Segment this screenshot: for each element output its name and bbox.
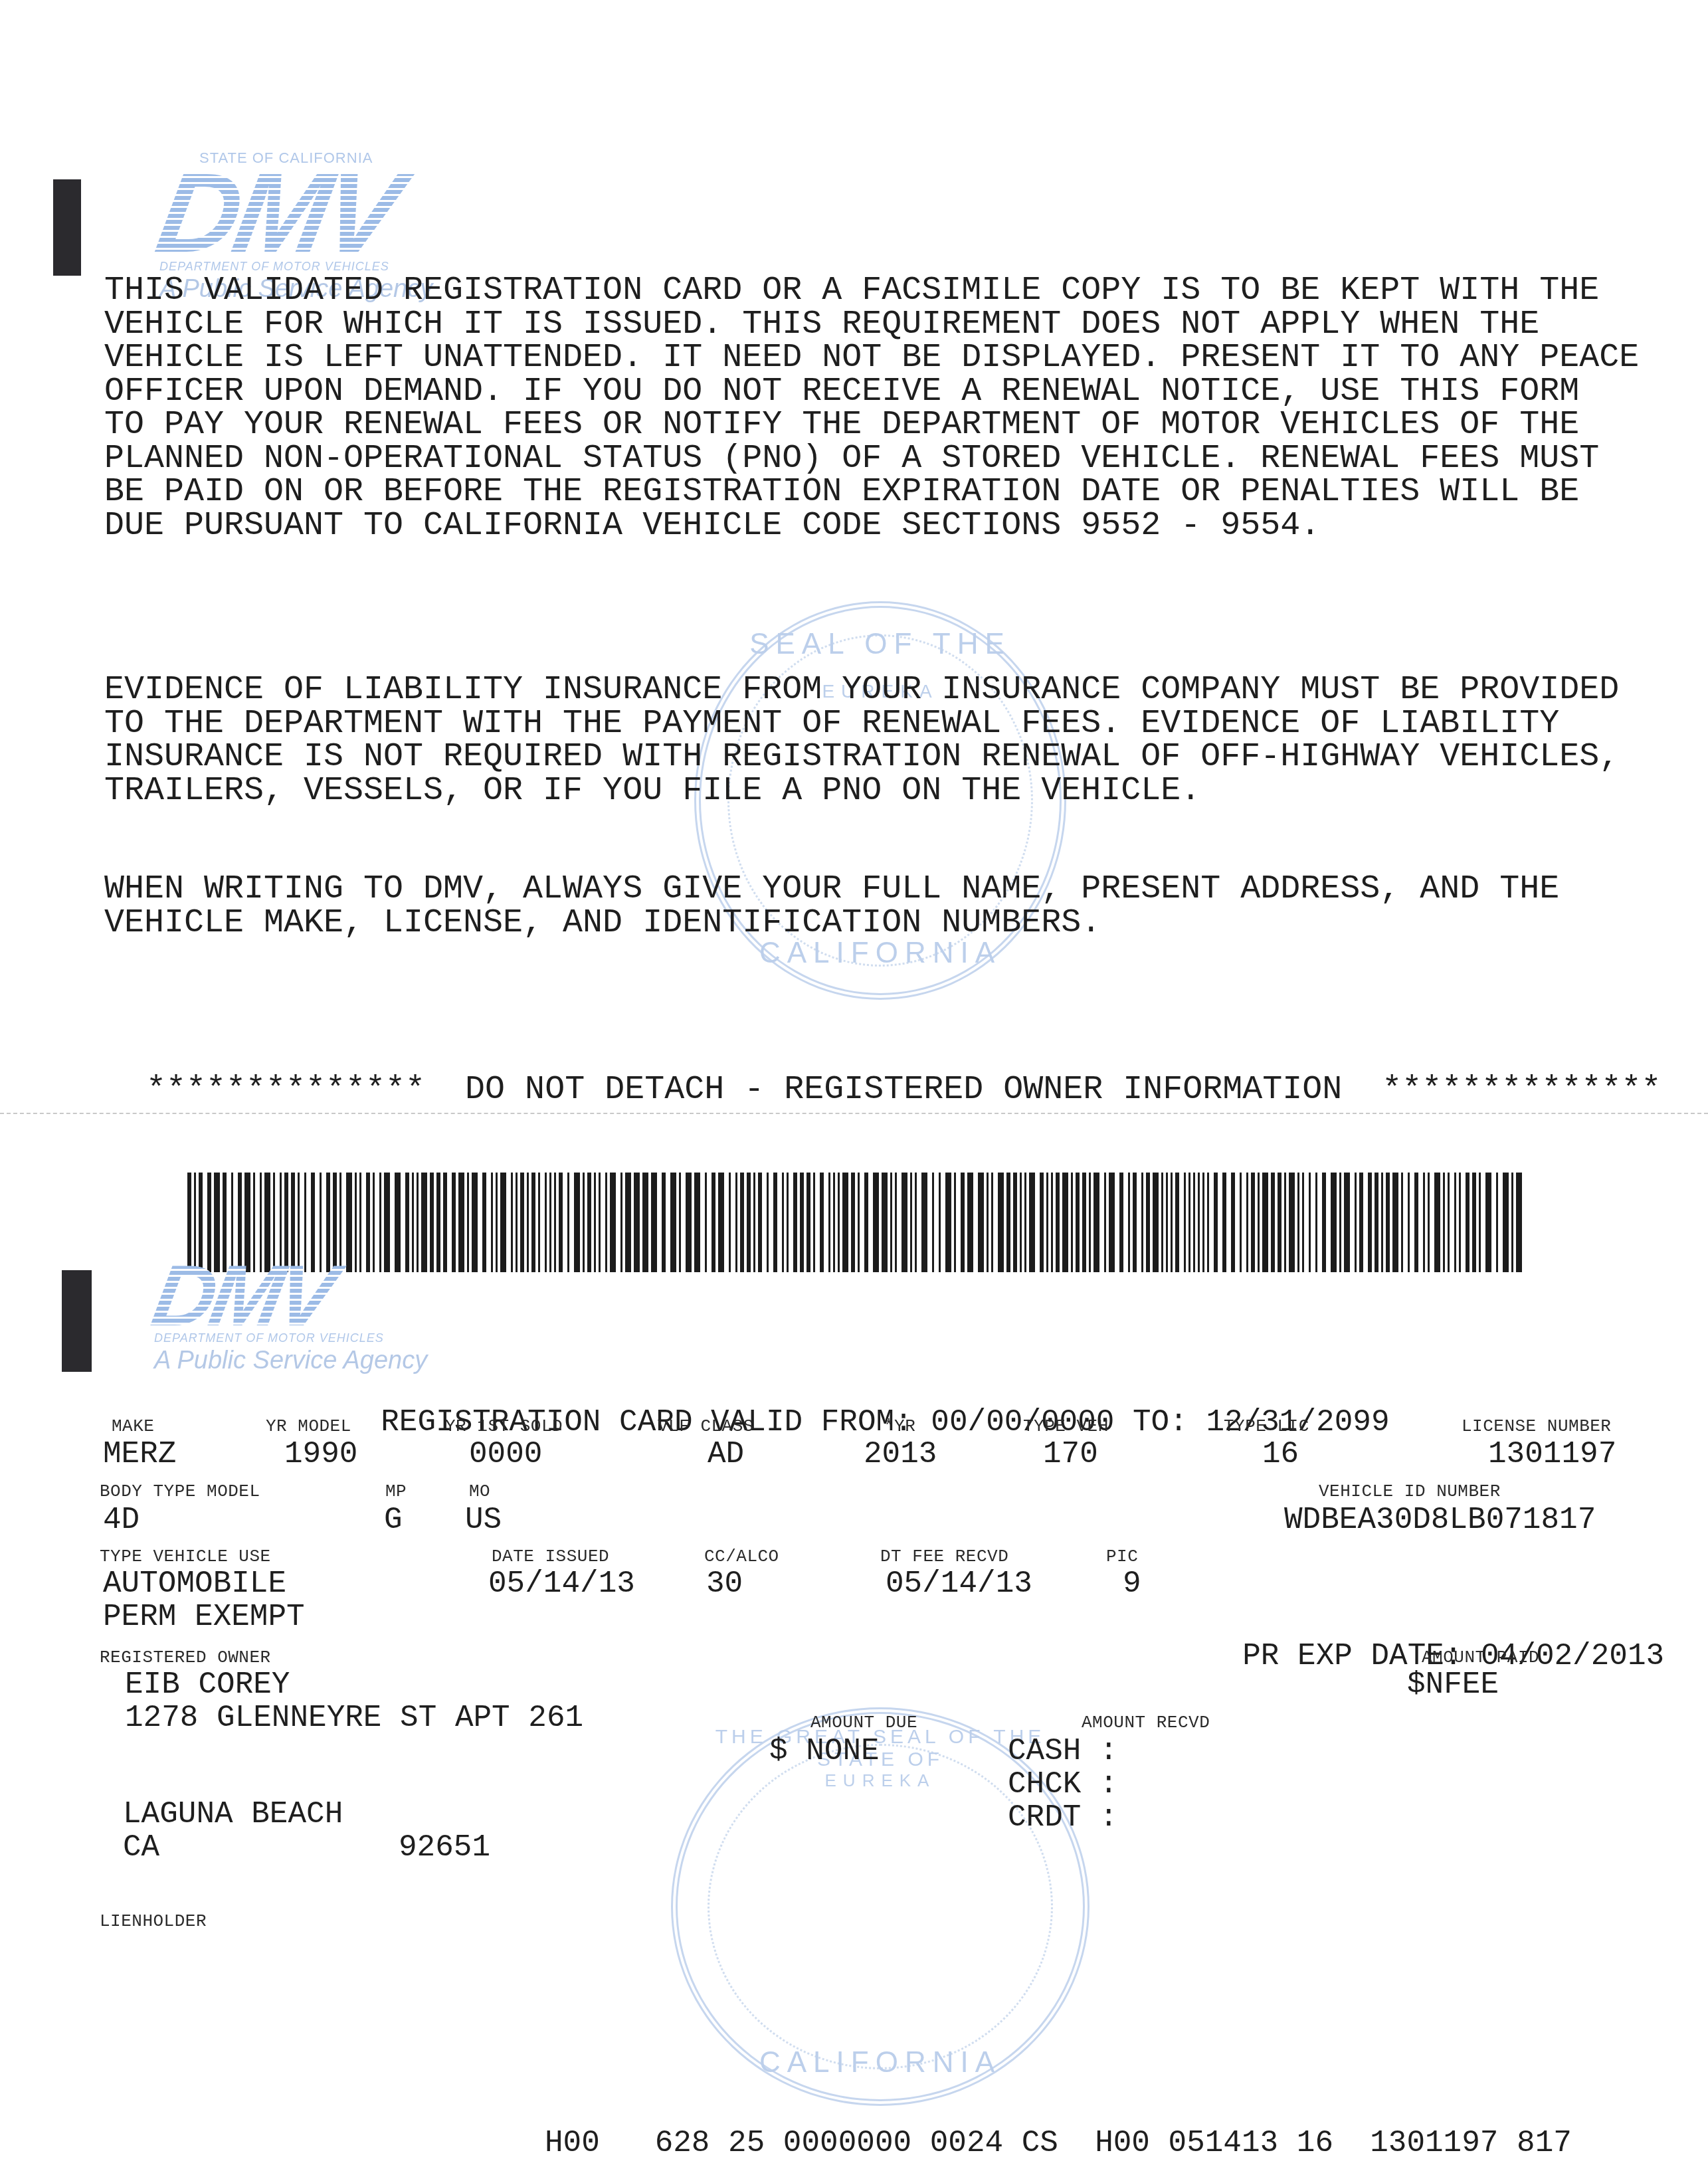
- detach-notice-text: DO NOT DETACH - REGISTERED OWNER INFORMA…: [465, 1071, 1342, 1109]
- dmv-letters-logo-card: DMV: [148, 1262, 452, 1329]
- cc-alco-value: 30: [706, 1566, 743, 1601]
- yr-1st-sold-value: 0000: [469, 1437, 542, 1471]
- notice-paragraph-keep-card: THIS VALIDATED REGISTRATION CARD OR A FA…: [104, 274, 1639, 543]
- credit-sep: :: [1099, 1800, 1118, 1835]
- detach-stars-right: **************: [1382, 1071, 1661, 1109]
- yr-model-value: 1990: [284, 1437, 357, 1471]
- owner-city: LAGUNA BEACH: [123, 1797, 343, 1832]
- license-number-label: LICENSE NUMBER: [1462, 1416, 1611, 1436]
- credit-label: CRDT: [1008, 1800, 1081, 1835]
- seal-top-text: SEAL OF THE: [701, 628, 1060, 661]
- make-value: MERZ: [103, 1437, 176, 1471]
- mo-value: US: [465, 1503, 502, 1537]
- notice-paragraph-writing-dmv: WHEN WRITING TO DMV, ALWAYS GIVE YOUR FU…: [104, 873, 1559, 940]
- type-veh-value: 170: [1043, 1437, 1098, 1471]
- owner-zip: 92651: [399, 1830, 490, 1865]
- make-label: MAKE: [112, 1416, 154, 1436]
- type-lic-value: 16: [1262, 1437, 1299, 1471]
- yr-label: *YR: [884, 1416, 915, 1436]
- amount-due-value: $ NONE: [769, 1734, 880, 1768]
- mo-label: MO: [469, 1481, 490, 1501]
- vlf-class-value: AD: [708, 1437, 744, 1471]
- date-issued-value: 05/14/13: [488, 1566, 635, 1601]
- type-lic-label: TYPE LIC: [1224, 1416, 1309, 1436]
- payment-check: CHCK :: [1008, 1767, 1118, 1802]
- yr-model-label: YR MODEL: [266, 1416, 351, 1436]
- body-type-model-label: BODY TYPE MODEL: [100, 1481, 260, 1501]
- dmv-logo-card: DMV DEPARTMENT OF MOTOR VEHICLES A Publi…: [154, 1262, 446, 1375]
- registration-marker-top: [53, 179, 81, 276]
- yr-value: 2013: [864, 1437, 937, 1471]
- license-number-value: 1301197: [1488, 1437, 1616, 1471]
- cc-alco-label: CC/ALCO: [704, 1547, 779, 1566]
- seal-bottom-text: CALIFORNIA: [701, 937, 1060, 970]
- barcode: [187, 1173, 1523, 1272]
- dmv-letters-logo: DMV: [151, 167, 447, 260]
- lienholder-label: LIENHOLDER: [100, 1911, 207, 1931]
- payment-cash: CASH :: [1008, 1734, 1118, 1768]
- amount-paid-value: $NFEE: [1407, 1667, 1499, 1702]
- registered-owner-label: REGISTERED OWNER: [100, 1648, 271, 1667]
- registration-marker-bottom: [62, 1270, 92, 1372]
- pic-value: 9: [1123, 1566, 1141, 1601]
- body-type-model-value: 4D: [103, 1503, 140, 1537]
- owner-name: EIB COREY: [125, 1667, 290, 1702]
- vlf-class-label: VLF CLASS: [658, 1416, 754, 1436]
- tear-line-divider: [0, 1113, 1708, 1114]
- owner-street: 1278 GLENNEYRE ST APT 261: [125, 1701, 583, 1735]
- cash-label: CASH: [1008, 1734, 1081, 1768]
- type-veh-label: TYPE VEH: [1023, 1416, 1109, 1436]
- vin-value: WDBEA30D8LB071817: [1284, 1503, 1596, 1537]
- type-vehicle-use-value: AUTOMOBILE: [103, 1566, 286, 1601]
- dt-fee-recvd-label: DT FEE RECVD: [880, 1547, 1008, 1566]
- mp-label: MP: [385, 1481, 407, 1501]
- detach-stars-left: **************: [146, 1071, 425, 1109]
- detach-notice: ************** DO NOT DETACH - REGISTERE…: [106, 1040, 1661, 1107]
- cash-sep: :: [1099, 1734, 1118, 1768]
- amount-paid-label: AMOUNT PAID: [1422, 1648, 1539, 1667]
- valid-to-label: TO:: [1133, 1405, 1188, 1440]
- owner-state: CA: [123, 1830, 159, 1865]
- seal-card-bottom-text: CALIFORNIA: [678, 2046, 1083, 2079]
- pic-label: PIC: [1106, 1547, 1138, 1566]
- payment-credit: CRDT :: [1008, 1800, 1118, 1835]
- date-issued-label: DATE ISSUED: [492, 1547, 609, 1566]
- dt-fee-recvd-value: 05/14/13: [886, 1566, 1032, 1601]
- vin-label: VEHICLE ID NUMBER: [1319, 1481, 1501, 1501]
- check-sep: :: [1099, 1767, 1118, 1802]
- check-label: CHCK: [1008, 1767, 1081, 1802]
- type-vehicle-use-line2: PERM EXEMPT: [103, 1600, 305, 1634]
- type-vehicle-use-label: TYPE VEHICLE USE: [100, 1547, 271, 1566]
- amount-due-label: AMOUNT DUE: [810, 1713, 917, 1733]
- logo-department-text-card: DEPARTMENT OF MOTOR VEHICLES: [154, 1331, 446, 1345]
- notice-paragraph-insurance: EVIDENCE OF LIABILITY INSURANCE FROM YOU…: [104, 674, 1619, 808]
- amount-recvd-label: AMOUNT RECVD: [1082, 1713, 1210, 1733]
- mp-value: G: [384, 1503, 403, 1537]
- yr-1st-sold-label: YR 1ST SOLD: [445, 1416, 563, 1436]
- footer-code: H00 628 25 0000000 0024 CS H00 051413 16…: [545, 2126, 1572, 2160]
